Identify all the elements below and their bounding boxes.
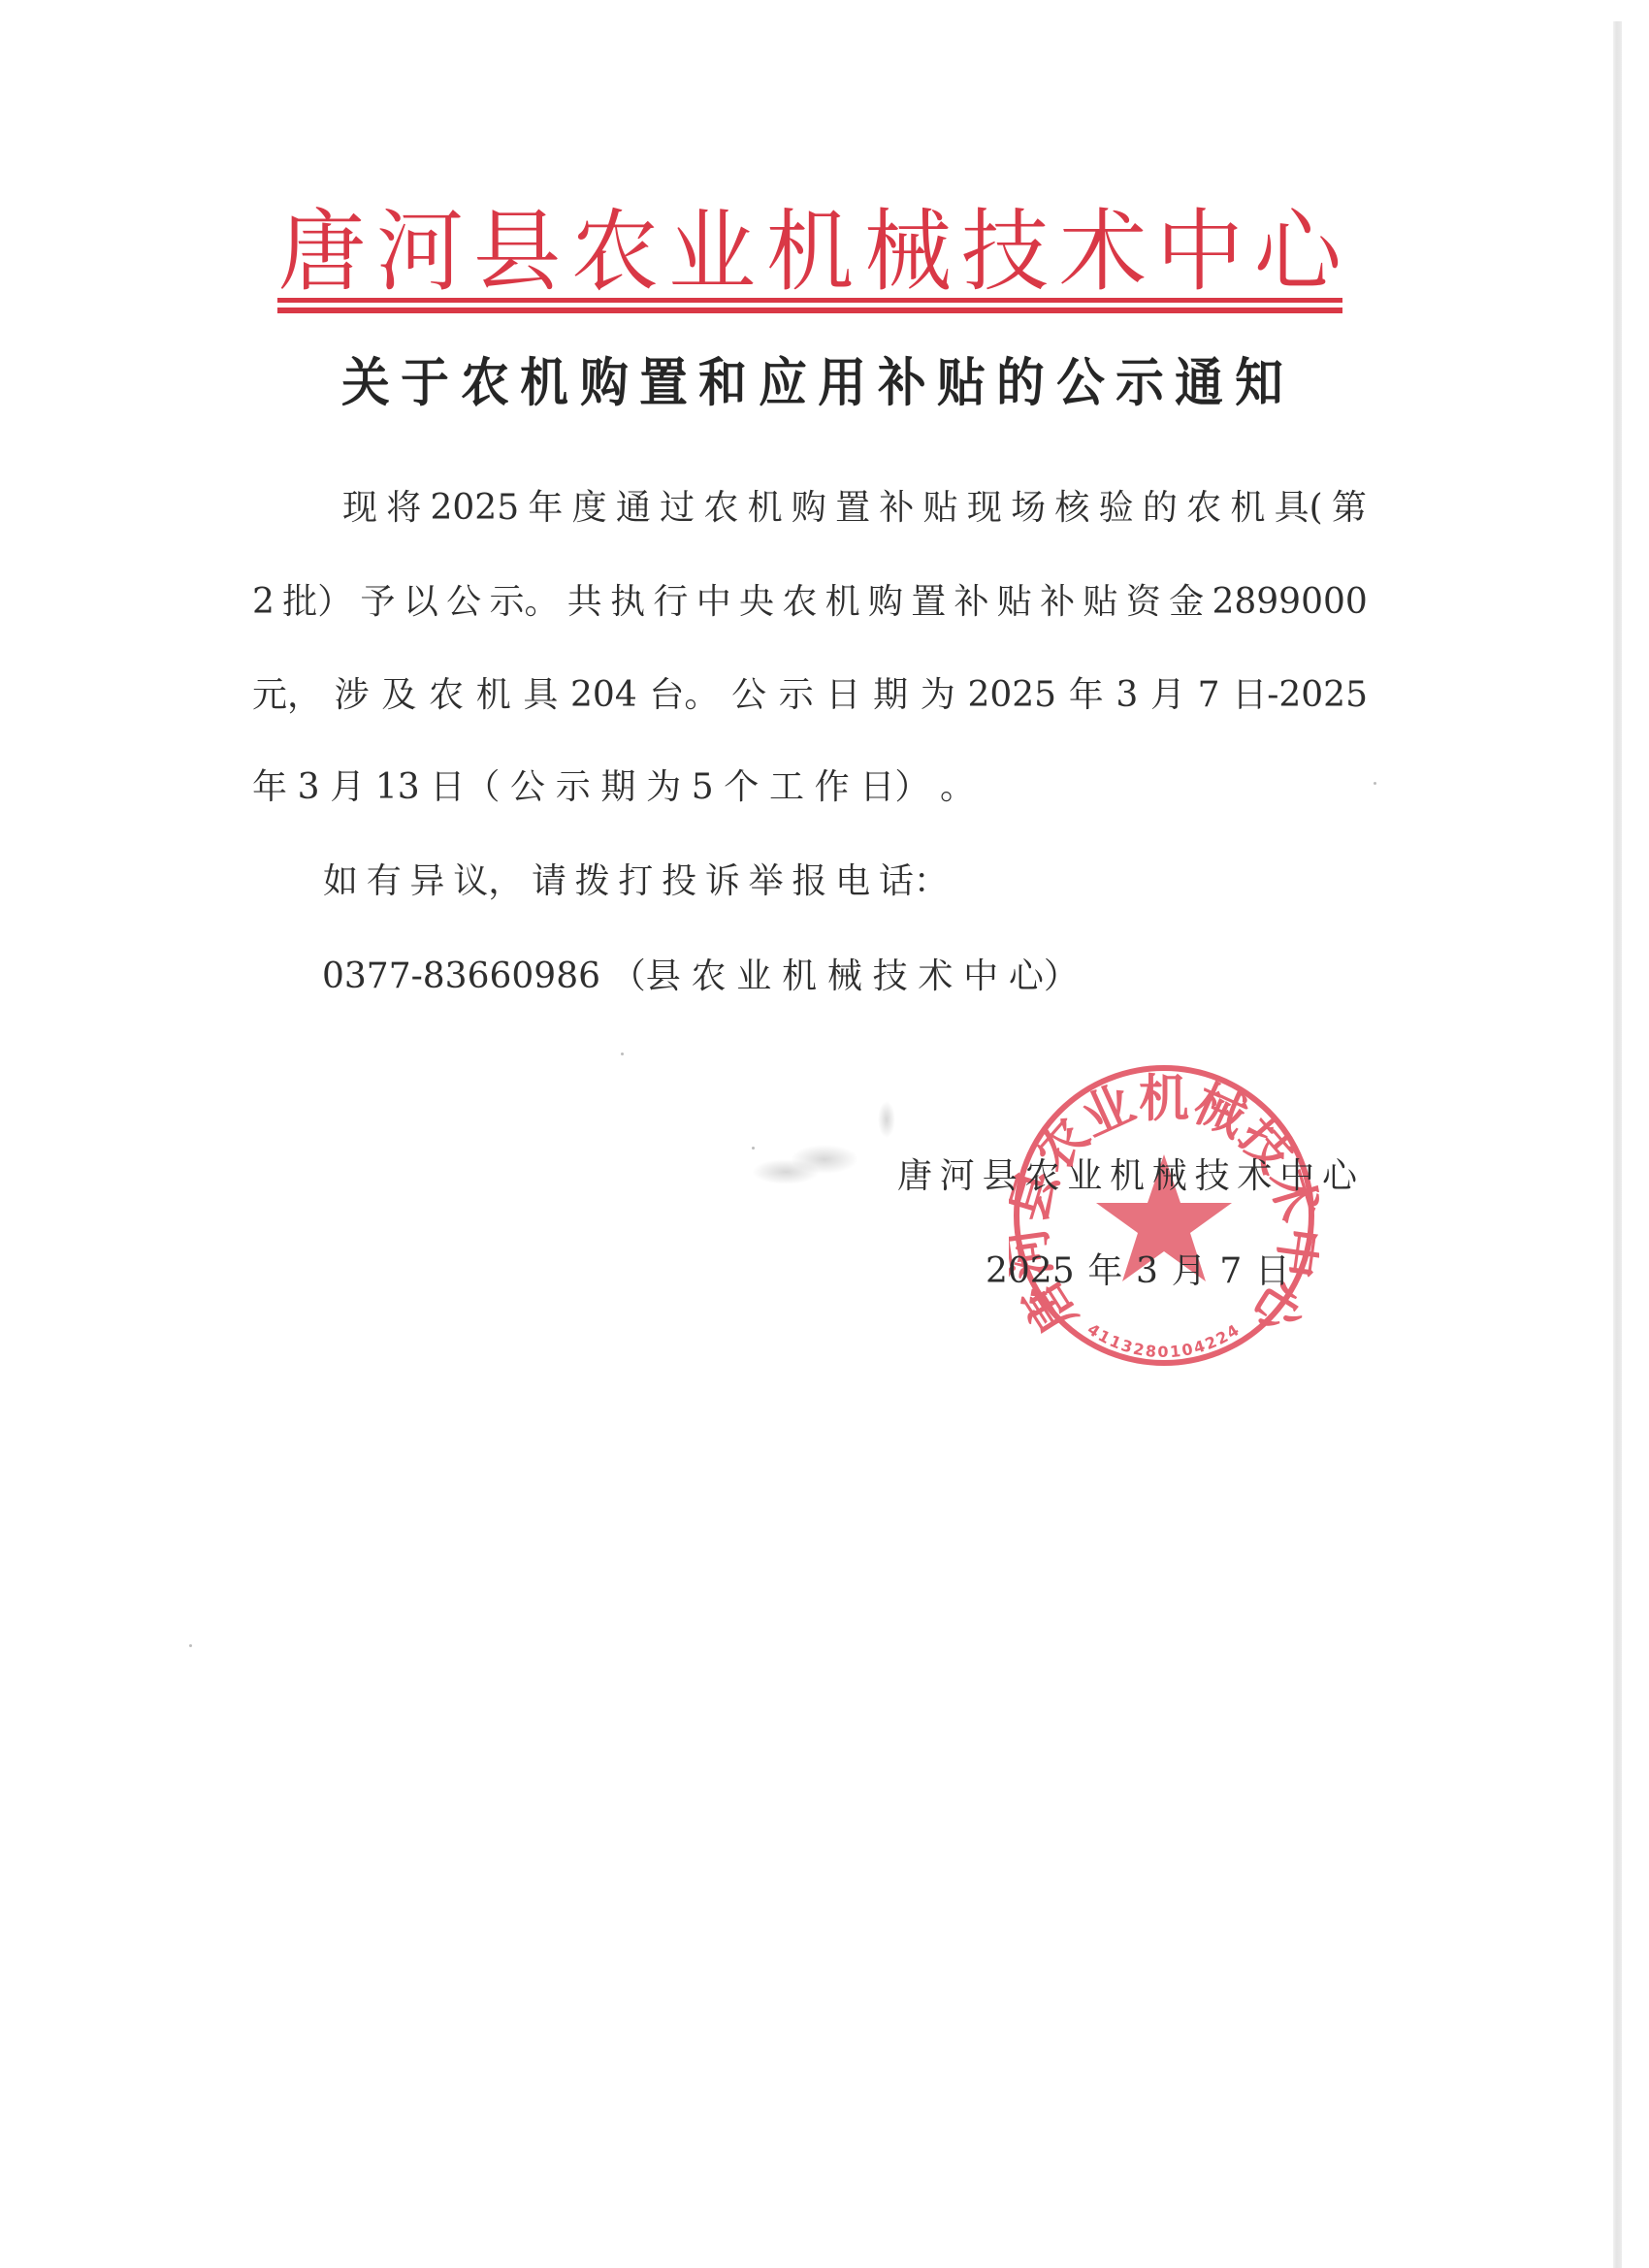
title-char: 知 bbox=[1235, 353, 1283, 411]
masthead-char: 技 bbox=[961, 206, 1049, 299]
title-char: 和 bbox=[699, 353, 748, 411]
signature-char: 心 bbox=[1322, 1157, 1357, 1196]
title-char: 的 bbox=[996, 353, 1045, 411]
masthead-char: 械 bbox=[863, 206, 951, 299]
masthead-rule-top bbox=[277, 298, 1342, 303]
body-text-segment: 资 bbox=[1126, 583, 1161, 622]
body-text-segment: 贴 bbox=[997, 583, 1032, 622]
body-text-segment: 术 bbox=[918, 957, 953, 996]
body-text-segment: 补 bbox=[1040, 583, 1075, 622]
body-text-segment: 如 bbox=[323, 862, 358, 901]
scan-speck bbox=[1374, 782, 1376, 785]
body-text-segment: 2899000 bbox=[1212, 583, 1367, 622]
body-text-segment: 执 bbox=[610, 583, 645, 622]
body-text-segment: 及 bbox=[381, 676, 416, 715]
body-text-segment: 话： bbox=[879, 862, 949, 901]
body-text-segment: 13 bbox=[375, 768, 420, 807]
body-text-segment: 农 bbox=[692, 957, 727, 996]
body-line: 2批）予以公示。共执行中央农机购置补贴补贴资金2899000 bbox=[252, 583, 1368, 622]
body-text-segment: 为 bbox=[921, 676, 955, 715]
body-text-segment: 有 bbox=[367, 862, 402, 901]
body-text-segment: 场 bbox=[1011, 489, 1046, 528]
body-text-segment: 议， bbox=[453, 862, 523, 901]
body-text-segment: 农 bbox=[703, 489, 738, 528]
body-text-segment: 期 bbox=[600, 768, 635, 807]
body-text-segment: 诉 bbox=[705, 862, 740, 901]
body-text-segment: 工 bbox=[769, 768, 804, 807]
date-part: 2025 bbox=[986, 1252, 1075, 1291]
body-text-segment: 现 bbox=[342, 489, 377, 528]
body-text-segment: 日-2025 bbox=[1232, 676, 1368, 715]
title-char: 公 bbox=[1056, 353, 1105, 411]
body-text-segment: 央 bbox=[739, 583, 774, 622]
body-text-segment: 示 bbox=[556, 768, 591, 807]
title-char: 贴 bbox=[937, 353, 986, 411]
masthead-rule-bottom bbox=[277, 308, 1342, 313]
date-part: 日 bbox=[1255, 1252, 1290, 1291]
body-text-segment: 年 bbox=[1069, 676, 1104, 715]
signature-char: 农 bbox=[1024, 1157, 1059, 1196]
signature-char: 术 bbox=[1237, 1157, 1272, 1196]
body-text-segment: 购 bbox=[868, 583, 903, 622]
body-text-segment: 5 bbox=[692, 768, 714, 807]
body-text-segment: 拨 bbox=[575, 862, 610, 901]
body-text-segment: 补 bbox=[954, 583, 989, 622]
body-text-segment: 验 bbox=[1099, 489, 1134, 528]
scan-smudge bbox=[791, 1145, 858, 1174]
body-text-segment: 作 bbox=[815, 768, 850, 807]
scan-edge-line bbox=[1613, 21, 1622, 2268]
body-text-segment: 打 bbox=[618, 862, 653, 901]
body-text-segment: 补 bbox=[879, 489, 914, 528]
title-char: 用 bbox=[818, 353, 866, 411]
body-text-segment: 涉 bbox=[335, 676, 370, 715]
body-text-segment: 月 bbox=[1150, 676, 1185, 715]
title-char: 应 bbox=[759, 353, 807, 411]
body-text-segment: 日） bbox=[859, 768, 929, 807]
body-text-segment: 电 bbox=[835, 862, 870, 901]
body-text-segment: 为 bbox=[646, 768, 681, 807]
title-char: 机 bbox=[520, 353, 568, 411]
body-text-segment: 心） bbox=[1009, 957, 1079, 996]
body-text-segment: 机 bbox=[825, 583, 860, 622]
body-text-segment: 报 bbox=[792, 862, 826, 901]
signature-char: 中 bbox=[1279, 1157, 1314, 1196]
title-char: 关 bbox=[341, 353, 390, 411]
body-text-segment: 过 bbox=[660, 489, 695, 528]
body-text-segment: 现 bbox=[967, 489, 1002, 528]
masthead-char: 心 bbox=[1254, 206, 1342, 299]
body-text-segment: 年 bbox=[528, 489, 563, 528]
body-text-segment: 投 bbox=[662, 862, 696, 901]
body-text-segment: 中 bbox=[963, 957, 998, 996]
scan-speck bbox=[621, 1053, 624, 1055]
scan-smudge bbox=[878, 1101, 895, 1138]
masthead-title: 唐河县农业机械技术中心 bbox=[277, 206, 1342, 299]
date-part: 7 bbox=[1219, 1252, 1242, 1291]
body-text-segment: 贴 bbox=[1083, 583, 1118, 622]
body-text-segment: 具( bbox=[1275, 489, 1323, 528]
body-text-segment: 日（ bbox=[430, 768, 500, 807]
body-text-segment: 机 bbox=[782, 957, 817, 996]
body-text-segment: 2025 bbox=[431, 489, 520, 528]
body-text-segment: 机 bbox=[476, 676, 511, 715]
title-char: 补 bbox=[878, 353, 926, 411]
body-text-segment: 通 bbox=[616, 489, 651, 528]
body-text-segment: 农 bbox=[782, 583, 817, 622]
body-text-segment: 机 bbox=[1230, 489, 1265, 528]
masthead-char: 县 bbox=[473, 206, 561, 299]
title-char: 示 bbox=[1115, 353, 1164, 411]
masthead-char: 业 bbox=[668, 206, 756, 299]
body-text-segment: 批） bbox=[282, 583, 352, 622]
body-text-segment: 置 bbox=[835, 489, 870, 528]
body-text-segment: 置 bbox=[911, 583, 946, 622]
body-text-segment: 公 bbox=[446, 583, 481, 622]
signature-char: 业 bbox=[1067, 1157, 1102, 1196]
body-text-segment: 的 bbox=[1143, 489, 1178, 528]
body-text-segment: （县 bbox=[611, 957, 681, 996]
signature-char: 械 bbox=[1152, 1157, 1187, 1196]
masthead-char: 中 bbox=[1156, 206, 1244, 299]
body-text-segment: 中 bbox=[696, 583, 731, 622]
title-char: 于 bbox=[402, 353, 450, 411]
masthead-char: 术 bbox=[1059, 206, 1147, 299]
scan-speck bbox=[189, 1644, 192, 1647]
body-text-segment: 度 bbox=[572, 489, 607, 528]
body-text-segment: 农 bbox=[429, 676, 464, 715]
body-text-segment: 3 bbox=[298, 768, 320, 807]
body-text-segment: 将 bbox=[386, 489, 421, 528]
body-text-segment: 予 bbox=[361, 583, 396, 622]
body-text-segment: 技 bbox=[873, 957, 908, 996]
masthead-char: 唐 bbox=[278, 206, 366, 299]
body-text-segment: 年 bbox=[252, 768, 287, 807]
body-text-segment: 业 bbox=[736, 957, 771, 996]
body-text-segment: 2025 bbox=[967, 676, 1056, 715]
body-text-segment: 请 bbox=[532, 862, 566, 901]
body-text-segment: 7 bbox=[1198, 676, 1220, 715]
body-text-segment: 。 bbox=[940, 768, 975, 807]
body-text-segment: 农 bbox=[1186, 489, 1221, 528]
title-char: 农 bbox=[461, 353, 509, 411]
signature-char: 河 bbox=[940, 1157, 975, 1196]
body-text-segment: 第 bbox=[1332, 489, 1367, 528]
signature-date: 2025年3月7日 bbox=[986, 1252, 1290, 1291]
body-text-segment: 个 bbox=[724, 768, 759, 807]
body-line: 年3月13日（公示期为5个工作日）。 bbox=[252, 768, 975, 807]
signature-char: 县 bbox=[983, 1157, 1018, 1196]
body-text-segment: 机 bbox=[748, 489, 783, 528]
body-text-segment: 月 bbox=[330, 768, 365, 807]
body-text-segment: 204 bbox=[570, 676, 637, 715]
date-part: 3 bbox=[1136, 1252, 1158, 1291]
masthead-char: 农 bbox=[571, 206, 659, 299]
body-text-segment: 贴 bbox=[923, 489, 958, 528]
body-text-segment: 械 bbox=[827, 957, 862, 996]
date-part: 月 bbox=[1172, 1252, 1207, 1291]
title-char: 置 bbox=[639, 353, 688, 411]
body-text-segment: 示。 bbox=[489, 583, 559, 622]
body-text-segment: 台。 bbox=[649, 676, 719, 715]
body-text-segment: 以 bbox=[404, 583, 438, 622]
scan-speck bbox=[752, 1147, 755, 1150]
body-text-segment: 购 bbox=[792, 489, 826, 528]
body-text-segment: 3 bbox=[1115, 676, 1138, 715]
masthead-char: 河 bbox=[376, 206, 464, 299]
body-text-segment: 2 bbox=[252, 583, 275, 622]
official-seal: 唐河县农业机械技术中心 4113280104224 bbox=[1009, 1062, 1319, 1369]
body-text-segment: 异 bbox=[409, 862, 444, 901]
body-text-segment: 公 bbox=[731, 676, 766, 715]
date-part: 年 bbox=[1087, 1252, 1122, 1291]
body-text-segment: 核 bbox=[1054, 489, 1089, 528]
body-text-segment: 金 bbox=[1169, 583, 1204, 622]
signature-char: 机 bbox=[1110, 1157, 1145, 1196]
body-text-segment: 元， bbox=[252, 676, 322, 715]
body-text-segment: 期 bbox=[873, 676, 908, 715]
masthead-char: 机 bbox=[766, 206, 854, 299]
body-text-segment: 0377-83660986 bbox=[322, 957, 600, 996]
document-title: 关于农机购置和应用补贴的公示通知 bbox=[339, 353, 1285, 411]
body-line: 现将2025年度通过农机购置补贴现场核验的农机具(第 bbox=[342, 489, 1367, 528]
title-char: 通 bbox=[1176, 353, 1224, 411]
body-text-segment: 共 bbox=[567, 583, 602, 622]
body-text-segment: 公 bbox=[510, 768, 545, 807]
body-text-segment: 示 bbox=[779, 676, 814, 715]
signature-char: 唐 bbox=[897, 1157, 932, 1196]
body-text-segment: 日 bbox=[825, 676, 860, 715]
body-text-segment: 具 bbox=[523, 676, 558, 715]
body-text-segment: 行 bbox=[653, 583, 688, 622]
objection-line: 如有异议，请拨打投诉举报电话： bbox=[323, 862, 949, 901]
hotline-line: 0377-83660986（县农业机械技术中心） bbox=[322, 957, 1079, 996]
body-text-segment: 举 bbox=[749, 862, 784, 901]
signature-organization: 唐河县农业机械技术中心 bbox=[897, 1157, 1357, 1196]
title-char: 购 bbox=[580, 353, 629, 411]
body-line: 元，涉及农机具204台。公示日期为2025年3月7日-2025 bbox=[252, 676, 1368, 715]
signature-char: 技 bbox=[1195, 1157, 1230, 1196]
